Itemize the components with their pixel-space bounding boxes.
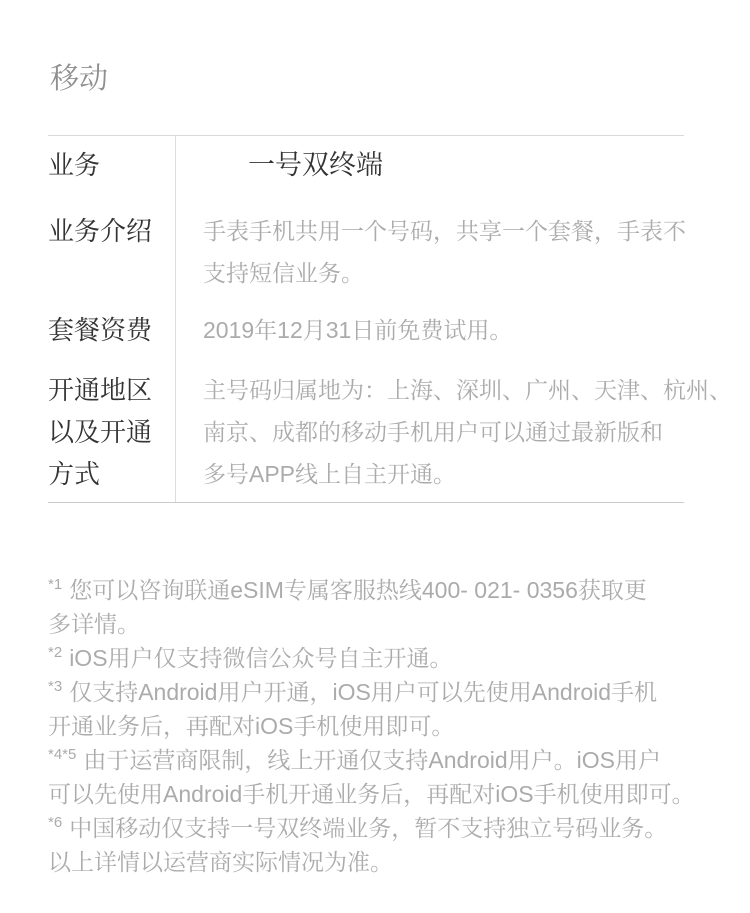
row-label-service: 业务 bbox=[48, 144, 175, 186]
footnote-marker: *4*5 bbox=[48, 746, 76, 763]
footnote-marker: *3 bbox=[48, 678, 62, 695]
footnote-6: *6中国移动仅支持一号双终端业务，暂不支持独立号码业务。 bbox=[48, 811, 684, 845]
table-row-pricing: 套餐资费 2019年12月31日前免费试用。 bbox=[48, 309, 684, 351]
value-line: 南京、成都的移动手机用户可以通过最新版和 bbox=[203, 411, 732, 453]
table-row-description: 业务介绍 手表手机共用一个号码，共享一个套餐，手表不 支持短信业务。 bbox=[48, 210, 684, 294]
row-value-service-name: 一号双终端 bbox=[175, 144, 684, 186]
footnote-marker: *2 bbox=[48, 644, 62, 661]
row-value-regions: 主号码归属地为：上海、深圳、广州、天津、杭州、 南京、成都的移动手机用户可以通过… bbox=[175, 369, 732, 495]
footnote-line: 中国移动仅支持一号双终端业务，暂不支持独立号码业务。 bbox=[69, 815, 667, 841]
footnotes-section: *1您可以咨询联通eSIM专属客服热线400- 021- 0356获取更 多详情… bbox=[48, 573, 684, 879]
footnote-line: 仅支持Android用户开通，iOS用户可以先使用Android手机 bbox=[69, 679, 657, 705]
label-line: 以及开通 bbox=[48, 411, 175, 453]
value-line: 一号双终端 bbox=[248, 144, 684, 186]
carrier-info-page: 移动 业务 一号双终端 业务介绍 手表手机共用一个号码，共享一个套餐，手表不 支… bbox=[0, 64, 750, 879]
footnote-4-5: *4*5由于运营商限制，线上开通仅支持Android用户。iOS用户 可以先使用… bbox=[48, 743, 684, 811]
value-line: 支持短信业务。 bbox=[203, 252, 686, 294]
footnote-disclaimer: 以上详情以运营商实际情况为准。 bbox=[48, 845, 684, 879]
table-row-regions: 开通地区 以及开通 方式 主号码归属地为：上海、深圳、广州、天津、杭州、 南京、… bbox=[48, 369, 684, 495]
row-label-regions: 开通地区 以及开通 方式 bbox=[48, 369, 175, 495]
value-line: 手表手机共用一个号码，共享一个套餐，手表不 bbox=[203, 210, 686, 252]
footnote-marker: *1 bbox=[48, 576, 62, 593]
label-line: 业务介绍 bbox=[48, 210, 175, 252]
footnote-line: 以上详情以运营商实际情况为准。 bbox=[48, 849, 393, 875]
footnote-line: iOS用户仅支持微信公众号自主开通。 bbox=[69, 645, 452, 671]
row-label-description: 业务介绍 bbox=[48, 210, 175, 252]
value-line: 2019年12月31日前免费试用。 bbox=[203, 309, 684, 351]
footnote-line: 开通业务后，再配对iOS手机使用即可。 bbox=[48, 709, 684, 743]
footnote-line: 您可以咨询联通eSIM专属客服热线400- 021- 0356获取更 bbox=[69, 577, 647, 603]
footnote-line: 多详情。 bbox=[48, 607, 684, 641]
footnote-marker: *6 bbox=[48, 814, 62, 831]
service-info-table: 业务 一号双终端 业务介绍 手表手机共用一个号码，共享一个套餐，手表不 支持短信… bbox=[48, 135, 684, 503]
value-line: 主号码归属地为：上海、深圳、广州、天津、杭州、 bbox=[203, 369, 732, 411]
page-title: 移动 bbox=[50, 64, 684, 94]
footnote-2: *2iOS用户仅支持微信公众号自主开通。 bbox=[48, 641, 684, 675]
label-line: 方式 bbox=[48, 453, 175, 495]
footnote-line: 可以先使用Android手机开通业务后，再配对iOS手机使用即可。 bbox=[48, 777, 684, 811]
label-line: 开通地区 bbox=[48, 369, 175, 411]
row-label-pricing: 套餐资费 bbox=[48, 309, 175, 351]
row-value-description: 手表手机共用一个号码，共享一个套餐，手表不 支持短信业务。 bbox=[175, 210, 686, 294]
value-line: 多号APP线上自主开通。 bbox=[203, 453, 732, 495]
footnote-3: *3仅支持Android用户开通，iOS用户可以先使用Android手机 开通业… bbox=[48, 675, 684, 743]
footnote-1: *1您可以咨询联通eSIM专属客服热线400- 021- 0356获取更 多详情… bbox=[48, 573, 684, 641]
table-row-service: 业务 一号双终端 bbox=[48, 144, 684, 186]
footnote-line: 由于运营商限制，线上开通仅支持Android用户。iOS用户 bbox=[83, 747, 661, 773]
row-value-pricing: 2019年12月31日前免费试用。 bbox=[175, 309, 684, 351]
table-column-divider bbox=[175, 136, 176, 502]
label-line: 业务 bbox=[48, 144, 175, 186]
label-line: 套餐资费 bbox=[48, 309, 175, 351]
